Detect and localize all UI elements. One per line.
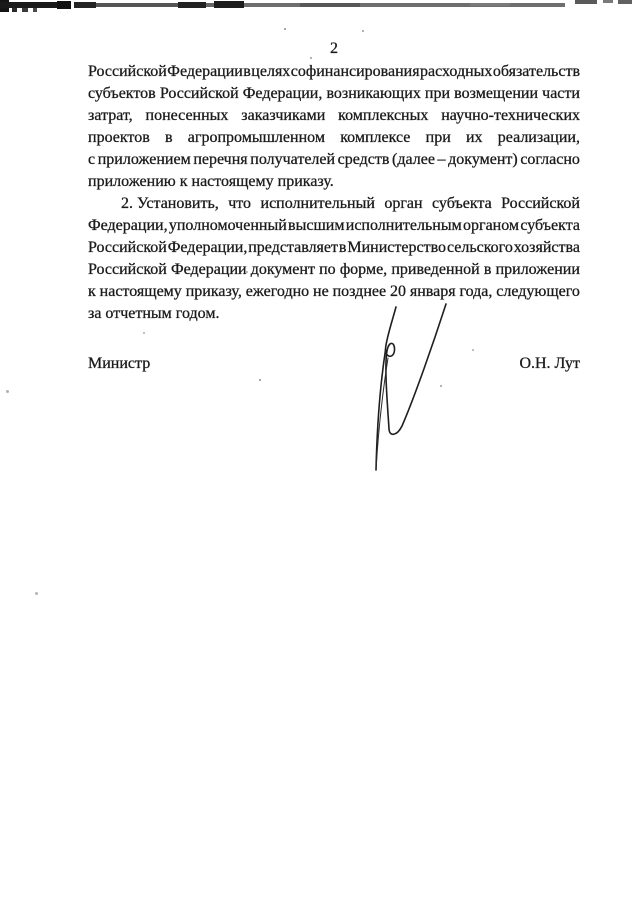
scan-noise-segment bbox=[178, 2, 206, 8]
text-line: затрат,понесенныхзаказчикамикомплексныхн… bbox=[88, 105, 580, 127]
text-line: 2. Установить,чтоисполнительныйоргансубъ… bbox=[88, 193, 580, 215]
scan-noise-speck bbox=[362, 30, 364, 32]
scan-noise-speck bbox=[143, 332, 145, 334]
page-number: 2 bbox=[88, 38, 580, 60]
scan-noise-segment bbox=[244, 3, 565, 7]
text-line: РоссийскойФедерациивцеляхсофинансировани… bbox=[88, 61, 580, 83]
scan-noise-segment bbox=[603, 0, 613, 3]
scan-noise-segment bbox=[575, 0, 597, 4]
handwritten-signature-icon bbox=[352, 296, 462, 478]
scan-noise-segment bbox=[214, 1, 244, 8]
scan-noise-segment bbox=[96, 3, 181, 7]
text-line: Федерации,уполномоченныйвысшимисполнител… bbox=[88, 215, 580, 237]
scan-noise-speck bbox=[472, 349, 474, 351]
scan-noise-segment bbox=[470, 3, 510, 6]
scan-noise-segment bbox=[22, 8, 28, 12]
text-line: РоссийскойФедерации,представляетвМинисте… bbox=[88, 237, 580, 259]
scan-noise-speck bbox=[6, 390, 9, 393]
scan-noise-segment bbox=[33, 8, 37, 12]
scan-noise-segment bbox=[0, 2, 60, 8]
scanned-document-page: 2 РоссийскойФедерациивцеляхсофинансирова… bbox=[0, 0, 640, 905]
text-line: проектоввагропромышленномкомплексеприихр… bbox=[88, 127, 580, 149]
scan-noise-speck bbox=[284, 28, 286, 30]
scan-noise-top-edge bbox=[0, 0, 640, 20]
text-line: за отчетным годом. bbox=[88, 303, 580, 325]
text-line: приложению к настоящему приказу. bbox=[88, 171, 580, 193]
scan-noise-segment bbox=[618, 0, 632, 4]
text-line: кнастоящемуприказу,ежегоднонепозднее20ян… bbox=[88, 281, 580, 303]
scan-noise-segment bbox=[300, 3, 360, 7]
signoff-name-label: О.Н. Лут bbox=[88, 353, 580, 375]
text-line: РоссийскойФедерациидокументпоформе,приве… bbox=[88, 259, 580, 281]
scan-noise-speck bbox=[259, 379, 261, 381]
scan-noise-segment bbox=[74, 2, 96, 8]
scan-noise-segment bbox=[57, 1, 71, 9]
document-text-block: РоссийскойФедерациивцеляхсофинансировани… bbox=[88, 61, 580, 325]
scan-noise-speck bbox=[35, 592, 38, 595]
text-line: субъектовРоссийскойФедерации,возникающих… bbox=[88, 83, 580, 105]
text-line: сприложениемперечняполучателейсредств(да… bbox=[88, 149, 580, 171]
